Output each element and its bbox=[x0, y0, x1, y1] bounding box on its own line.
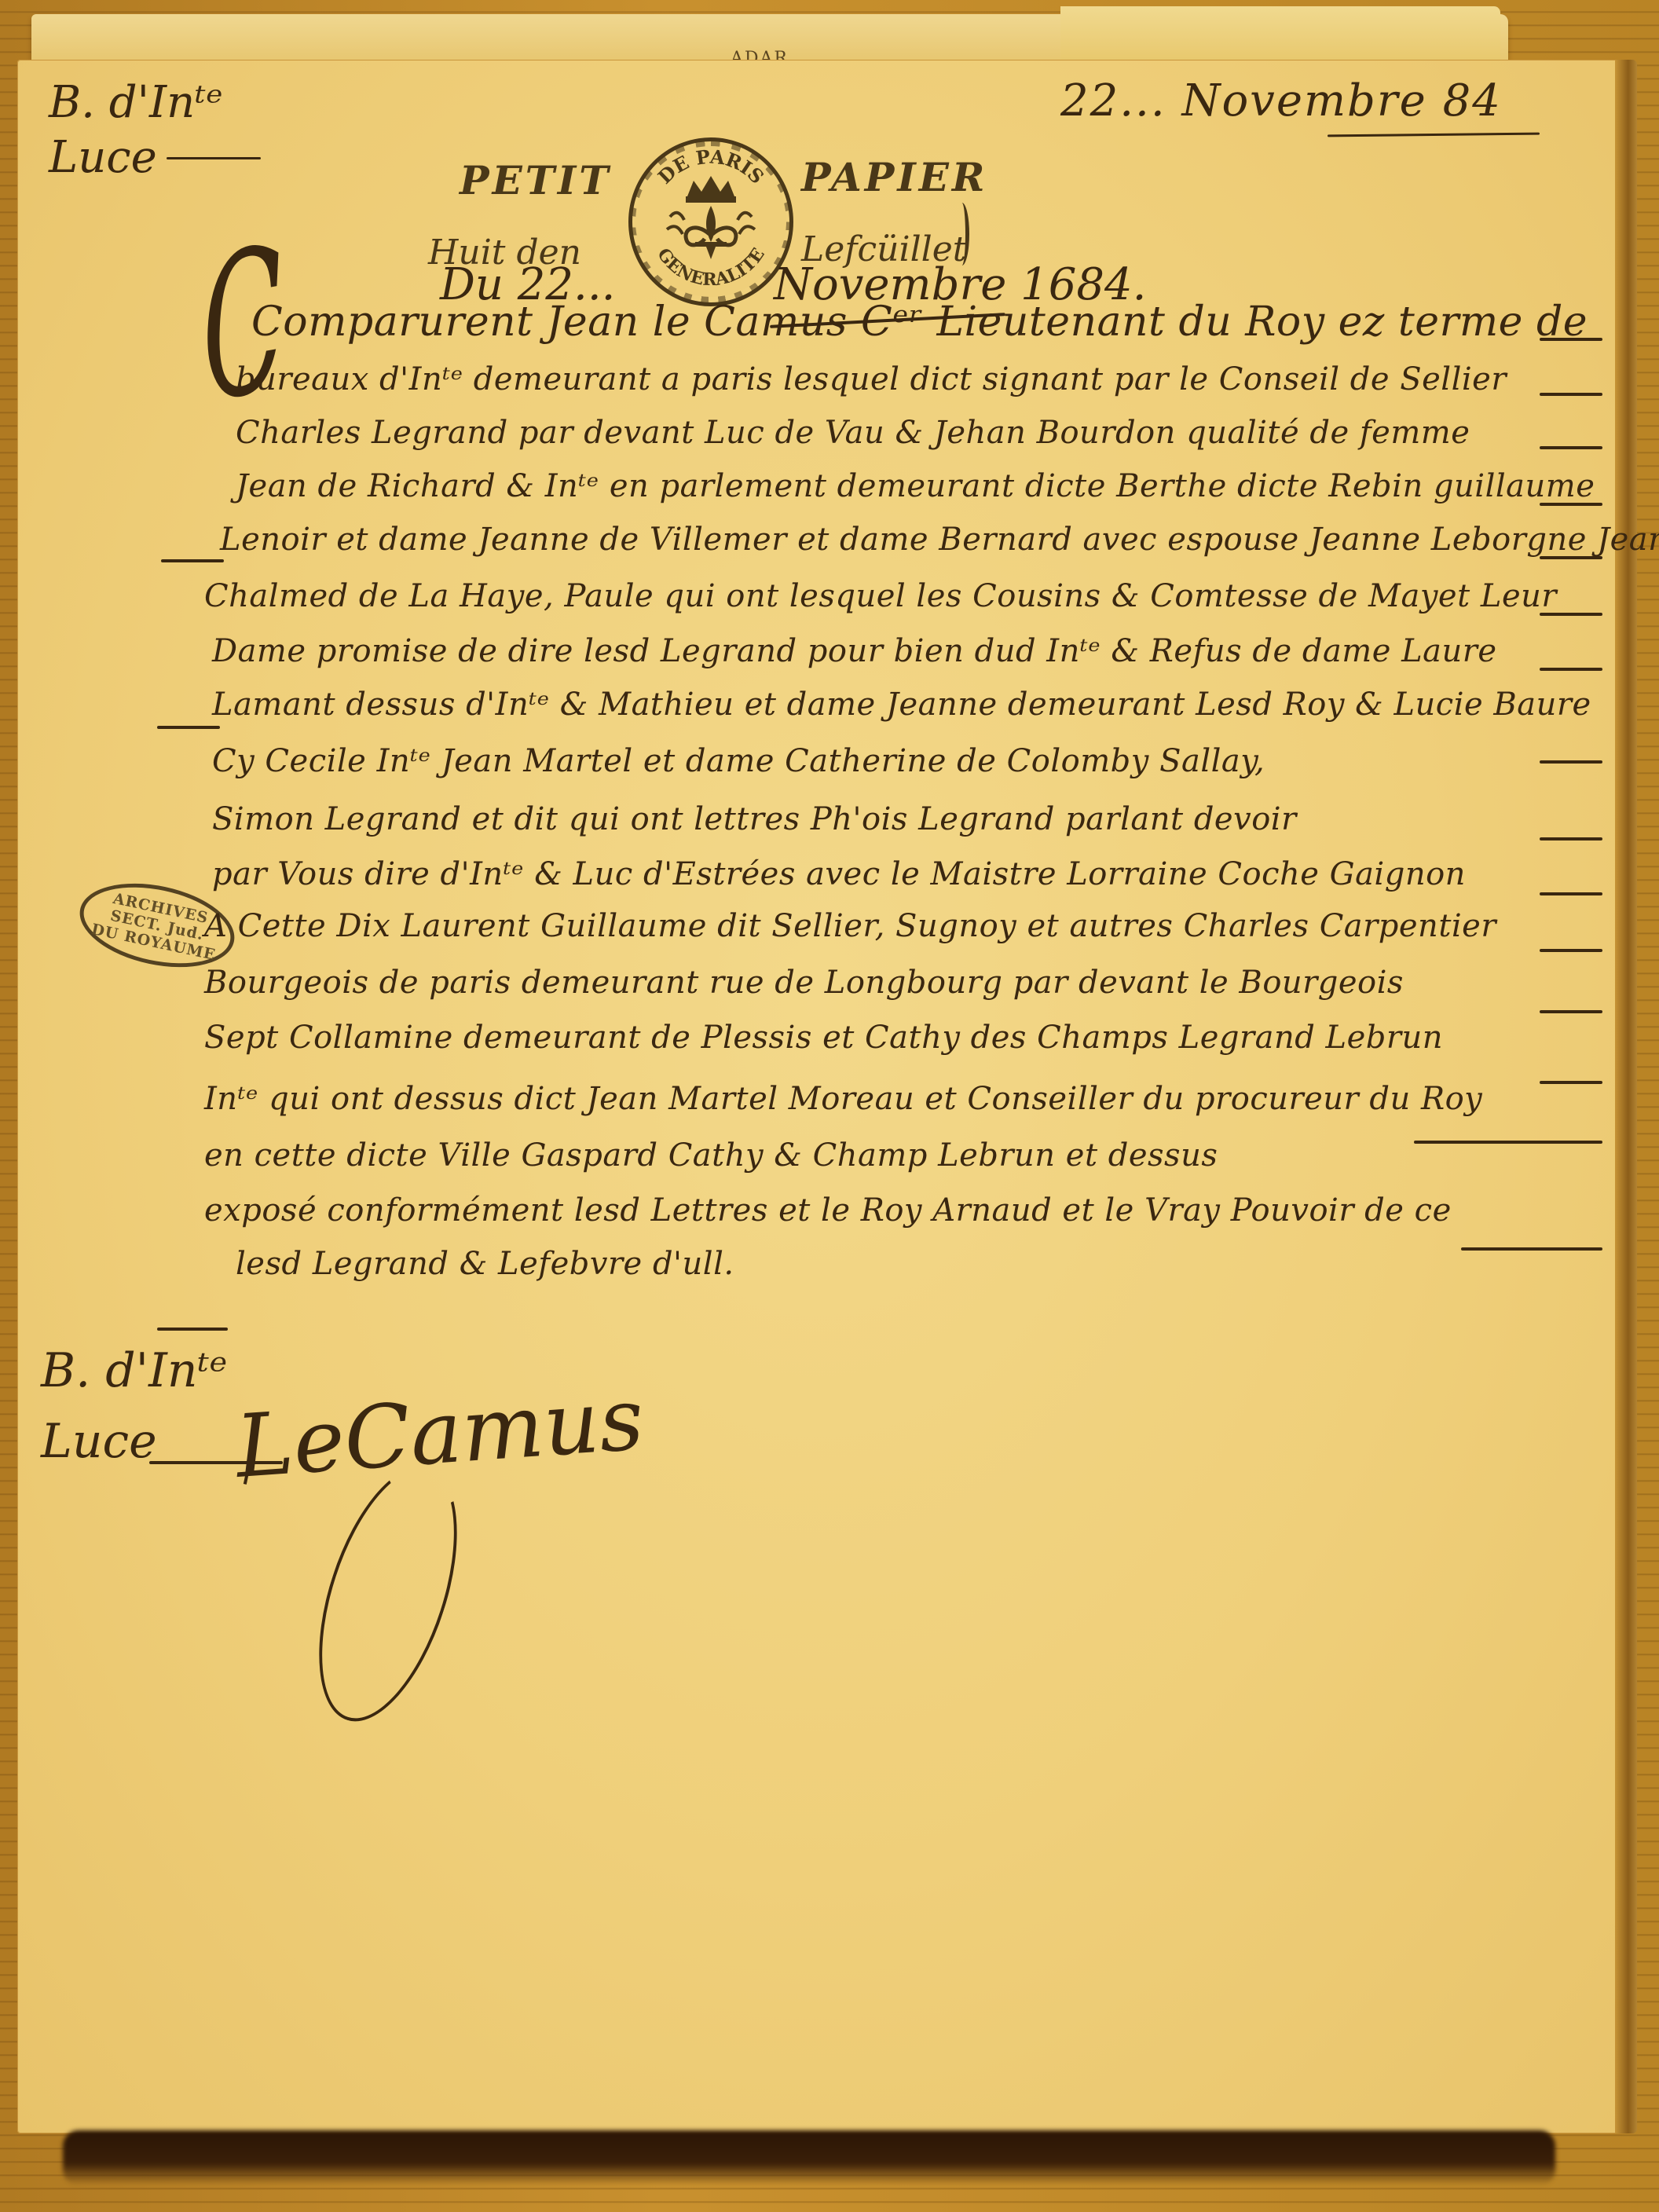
underlying-sheet-right bbox=[1060, 6, 1500, 64]
line-end-dash bbox=[1540, 393, 1602, 396]
margin-note-top: B. d'Inᵗᵉ Luce bbox=[49, 75, 261, 185]
body-line-5: Lenoir et dame Jeanne de Villemer et dam… bbox=[220, 522, 1659, 558]
line-end-dash bbox=[1540, 1081, 1602, 1084]
line-end-dash bbox=[1540, 892, 1602, 895]
body-line-18: lesd Legrand & Lefebvre d'ull. bbox=[236, 1246, 734, 1282]
margin-note-bottom-line2: Luce bbox=[41, 1406, 228, 1477]
margin-note-bottom: B. d'Inᵗᵉ Luce bbox=[41, 1335, 228, 1477]
line-start-dash bbox=[161, 559, 224, 562]
line-end-dash bbox=[1414, 1141, 1602, 1144]
body-line-14: Sept Collamine demeurant de Plessis et C… bbox=[204, 1020, 1443, 1056]
body-line-12: A Cette Dix Laurent Guillaume dit Sellie… bbox=[204, 908, 1496, 944]
body-line-10: Simon Legrand et dit qui ont lettres Ph'… bbox=[212, 801, 1297, 837]
body-line-11: par Vous dire d'Inᵗᵉ & Luc d'Estrées ave… bbox=[212, 856, 1466, 892]
body-line-7: Dame promise de dire lesd Legrand pour b… bbox=[212, 633, 1497, 669]
body-line-1: Comparurent Jean le Camus Cᵉʳ Lieutenant… bbox=[251, 298, 1588, 346]
line-end-dash bbox=[1461, 1247, 1602, 1251]
body-line-13: Bourgeois de paris demeurant rue de Long… bbox=[204, 965, 1404, 1001]
line-end-dash bbox=[1540, 446, 1602, 449]
body-line-16: en cette dicte Ville Gaspard Cathy & Cha… bbox=[204, 1137, 1218, 1174]
crown-fleur-de-lis-icon: DE PARIS GENERALITE bbox=[632, 141, 789, 302]
body-line-2: bureaux d'Inᵗᵉ demeurant a paris lesquel… bbox=[236, 361, 1507, 397]
top-right-date: 22... Novembre 84 bbox=[1060, 75, 1502, 126]
line-end-dash bbox=[1540, 1010, 1602, 1013]
margin-note-top-line2-row: Luce bbox=[49, 130, 261, 185]
body-line-15: Inᵗᵉ qui ont dessus dict Jean Martel Mor… bbox=[204, 1081, 1482, 1117]
line-end-dash bbox=[1540, 613, 1602, 616]
line-end-dash bbox=[1540, 503, 1602, 506]
body-line-6: Chalmed de La Haye, Paule qui ont lesque… bbox=[204, 578, 1557, 614]
body-line-3: Charles Legrand par devant Luc de Vau & … bbox=[236, 415, 1470, 451]
line-end-dash bbox=[1540, 338, 1602, 341]
margin-note-top-line1: B. d'Inᵗᵉ bbox=[49, 75, 261, 130]
stamp-word-papier: PAPIER bbox=[801, 154, 987, 200]
margin-note-bottom-line1: B. d'Inᵗᵉ bbox=[41, 1335, 228, 1406]
page-edge-shadow bbox=[63, 2130, 1555, 2185]
stamp-bracket-mark bbox=[954, 203, 969, 266]
line-start-dash bbox=[157, 1328, 228, 1331]
body-line-9: Cy Cecile Inᵗᵉ Jean Martel et dame Cathe… bbox=[212, 743, 1265, 779]
line-end-dash bbox=[1540, 760, 1602, 764]
line-end-dash bbox=[1540, 949, 1602, 952]
body-line-17: exposé conformément lesd Lettres et le R… bbox=[204, 1192, 1452, 1229]
margin-rule bbox=[167, 157, 261, 159]
body-line-4: Jean de Richard & Inᵗᵉ en parlement deme… bbox=[236, 468, 1595, 504]
line-start-dash bbox=[157, 726, 220, 729]
line-end-dash bbox=[1540, 837, 1602, 840]
line-end-dash bbox=[1540, 556, 1602, 559]
stamp-word-petit: PETIT bbox=[460, 157, 612, 203]
line-end-dash bbox=[1540, 668, 1602, 671]
body-line-8: Lamant dessus d'Inᵗᵉ & Mathieu et dame J… bbox=[212, 687, 1591, 723]
margin-note-top-line2: Luce bbox=[49, 130, 157, 185]
generalite-de-paris-seal: DE PARIS GENERALITE bbox=[628, 137, 793, 306]
